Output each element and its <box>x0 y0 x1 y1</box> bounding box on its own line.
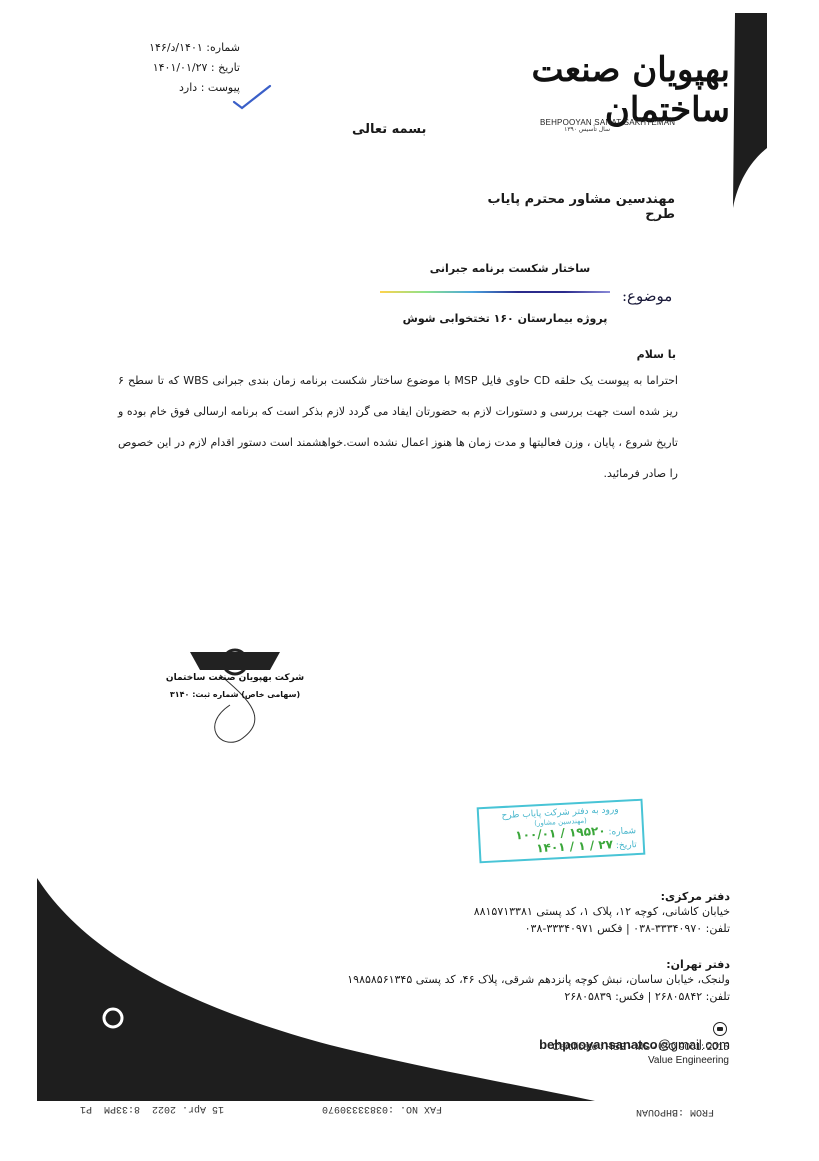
letter-date-value: ۱۴۰۱/۰۱/۲۷ <box>153 61 208 74</box>
certificate-line: Certificate : HSE - MS - ISO 9001: 2015 <box>500 1041 729 1054</box>
recipient: مهندسین مشاور محترم پایاب طرح <box>470 192 675 222</box>
attachment-value: دارد <box>179 81 197 94</box>
subject-line-2: پروژه بیمارستان ۱۶۰ تختخوابی شوش <box>400 312 610 325</box>
tehran-office-phone: تلفن: ۲۶۸۰۵۸۴۲ | فکس: ۲۶۸۰۵۸۳۹ <box>300 988 730 1005</box>
certificates: Certificate : HSE - MS - ISO 9001: 2015 … <box>500 1041 729 1067</box>
subject-label: موضوع: <box>622 287 672 305</box>
logo-since: سال تأسیس ۱۳۹۰ <box>530 126 610 133</box>
company-stamp: شرکت بهپویان صنعت ساختمان (سهامی خاص) شم… <box>160 630 310 750</box>
received-date-value: ۲۷ / ۱ / ۱۴۰۱ <box>536 837 613 855</box>
received-date-label: تاریخ: <box>616 840 637 851</box>
central-office: دفتر مرکزی: خیابان کاشانی، کوچه ۱۲، پلاک… <box>440 890 730 937</box>
letter-number: شماره: ۱۴۰۱/د/۱۴۶ <box>100 38 240 58</box>
received-stamp: ورود به دفتر شرکت پایاب طرح (مهندسین مشا… <box>477 799 646 864</box>
letter-number-value: ۱۴۰۱/د/۱۴۶ <box>149 41 203 54</box>
logo-name-en: BEHPOOYAN SANAT SAKHTEMAN <box>540 118 675 127</box>
letter-date-label: تاریخ : <box>211 61 240 74</box>
checkmark-icon <box>232 84 272 110</box>
greeting: با سلام <box>600 348 676 361</box>
value-engineering-line: Value Engineering <box>500 1054 729 1067</box>
central-office-address: خیابان کاشانی، کوچه ۱۲، پلاک ۱، کد پستی … <box>440 903 730 920</box>
fax-number: FAX NO. :03833330970 <box>322 1103 442 1114</box>
tehran-office-address: ولنجک، خیابان ساسان، نبش کوچه پانزدهم شر… <box>300 971 730 988</box>
subject-line-1: ساختار شکست برنامه جبرانی <box>410 262 610 275</box>
central-office-phone: تلفن: ۳۳۳۴۰۹۷۰-۰۳۸ | فکس ۳۳۳۴۰۹۷۱-۰۳۸ <box>440 920 730 937</box>
letter-date: تاریخ : ۱۴۰۱/۰۱/۲۷ <box>100 58 240 78</box>
letter-meta: شماره: ۱۴۰۱/د/۱۴۶ تاریخ : ۱۴۰۱/۰۱/۲۷ پیو… <box>100 38 240 98</box>
tehran-office-label: دفتر تهران: <box>300 958 730 971</box>
tehran-office: دفتر تهران: ولنجک، خیابان ساسان، نبش کوچ… <box>300 958 730 1005</box>
letter-body: احتراما به پیوست یک حلقه CD حاوی فایل MS… <box>118 365 678 489</box>
fax-datetime: 15 Apr. 2022 8:33PM P1 <box>80 1103 224 1114</box>
letter-attachment: پیوست : دارد <box>100 78 240 98</box>
stamp-registration: (سهامی خاص) شماره ثبت: ۳۱۴۰ <box>160 688 310 701</box>
stamp-company-name: شرکت بهپویان صنعت ساختمان <box>160 672 310 685</box>
email-icon <box>713 1022 727 1036</box>
letter-number-label: شماره: <box>206 41 240 54</box>
bismillah-heading: بسمه تعالی <box>352 122 426 137</box>
subject-divider <box>380 291 610 293</box>
fax-from: FROM :BHPOUAN <box>636 1106 714 1117</box>
central-office-label: دفتر مرکزی: <box>440 890 730 903</box>
